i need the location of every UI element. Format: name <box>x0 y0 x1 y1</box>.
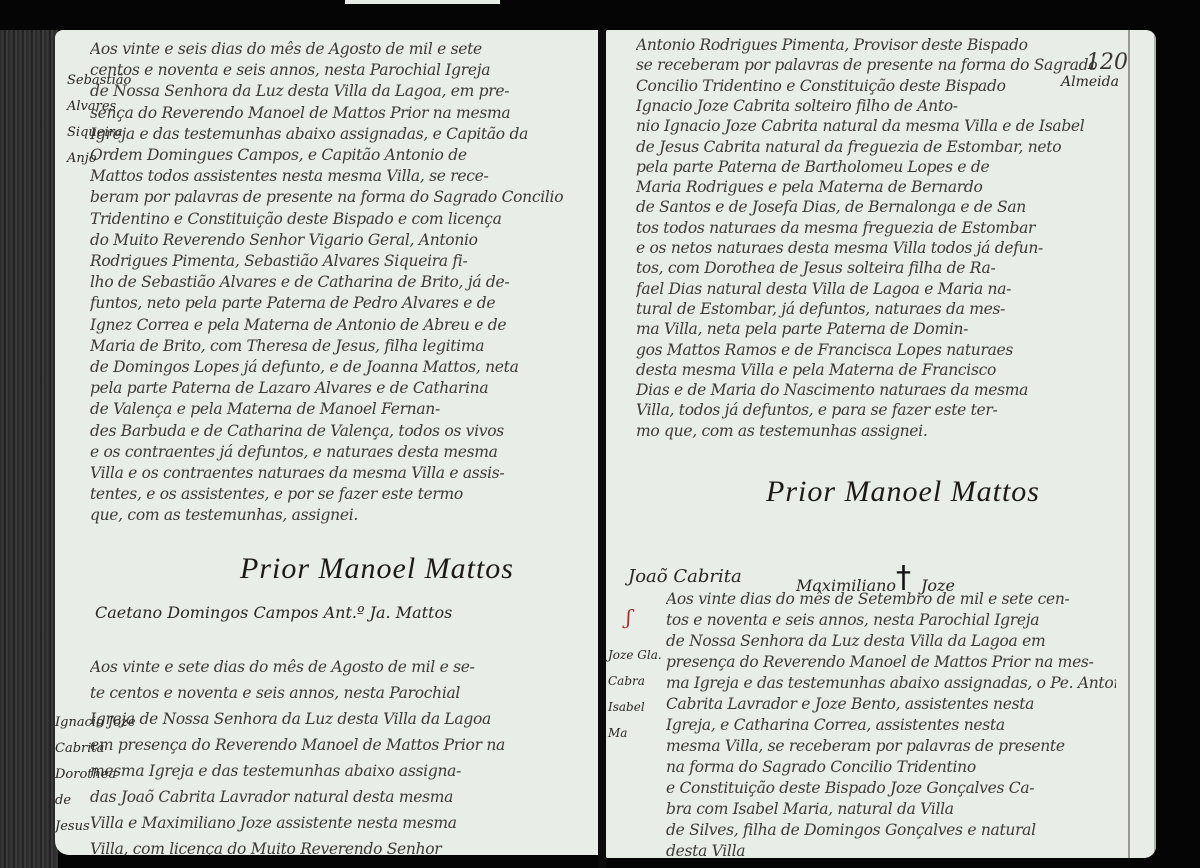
handwritten-line: Mattos todos assistentes nesta mesma Vil… <box>90 167 595 185</box>
handwritten-line: Villa e Maximiliano Joze assistente nest… <box>90 814 595 832</box>
handwritten-line: Maria de Brito, com Theresa de Jesus, fi… <box>90 337 595 355</box>
handwritten-line: sença do Reverendo Manoel de Mattos Prio… <box>90 104 595 122</box>
handwritten-line: lho de Sebastião Alvares e de Catharina … <box>90 273 595 291</box>
handwritten-line: de Santos e de Josefa Dias, de Bernalong… <box>636 198 1116 216</box>
handwritten-line: tos, com Dorothea de Jesus solteira filh… <box>636 259 1116 277</box>
handwritten-line: Ignacio Joze Cabrita solteiro filho de A… <box>636 97 1116 115</box>
handwritten-line: Villa, todos já defuntos, e para se faze… <box>636 401 1116 419</box>
handwritten-line: de Domingos Lopes já defunto, e de Joann… <box>90 358 595 376</box>
handwritten-line: beram por palavras de presente na forma … <box>90 188 595 206</box>
handwritten-line: Igreja, e Catharina Correa, assistentes … <box>666 716 1116 734</box>
handwritten-line: tural de Estombar, já defuntos, naturaes… <box>636 300 1116 318</box>
handwritten-line: e os netos naturaes desta mesma Villa to… <box>636 239 1116 257</box>
handwritten-line: tentes, e os assistentes, e por se fazer… <box>90 485 595 503</box>
witness-signatures: Caetano Domingos Campos Ant.º Ja. Mattos <box>95 603 452 622</box>
handwritten-line: tos e noventa e seis annos, nesta Paroch… <box>666 611 1116 629</box>
handwritten-line: do Muito Reverendo Senhor Vigario Geral,… <box>90 231 595 249</box>
handwritten-line: Villa, com licença do Muito Reverendo Se… <box>90 840 595 855</box>
handwritten-line: Cabrita Lavrador e Joze Bento, assistent… <box>666 695 1116 713</box>
red-margin-mark: ʃ <box>626 605 631 629</box>
scan-edge-strip <box>345 0 500 4</box>
handwritten-line: pela parte Paterna de Bartholomeu Lopes … <box>636 158 1116 176</box>
handwritten-line: bra com Isabel Maria, natural da Villa <box>666 800 1116 818</box>
handwritten-line: de Nossa Senhora da Luz desta Villa da L… <box>666 632 1116 650</box>
handwritten-line: centos e noventa e seis annos, nesta Par… <box>90 61 595 79</box>
handwritten-line: Dias e de Maria do Nascimento naturaes d… <box>636 381 1116 399</box>
handwritten-line: Aos vinte e sete dias do mês de Agosto d… <box>90 658 595 676</box>
handwritten-line: Concilio Tridentino e Constituição deste… <box>636 77 1116 95</box>
left-page: Sebastião Alvares Siqueira Anjo Aos vint… <box>55 30 600 855</box>
handwritten-line: gos Mattos Ramos e de Francisca Lopes na… <box>636 341 1116 359</box>
handwritten-line: de Nossa Senhora da Luz desta Villa da L… <box>90 82 595 100</box>
handwritten-line: te centos e noventa e seis annos, nesta … <box>90 684 595 702</box>
handwritten-line: Ignez Correa e pela Materna de Antonio d… <box>90 316 595 334</box>
handwritten-line: mesma Villa, se receberam por palavras d… <box>666 737 1116 755</box>
handwritten-line: e Constituição deste Bispado Joze Gonçal… <box>666 779 1116 797</box>
handwritten-line: mo que, com as testemunhas assignei. <box>636 422 1116 440</box>
witness-name: Joaõ Cabrita <box>628 566 742 587</box>
handwritten-line: desta Villa <box>666 842 1116 858</box>
prior-signature: Prior Manoel Mattos <box>240 552 514 586</box>
handwritten-line: se receberam por palavras de presente na… <box>636 56 1116 74</box>
handwritten-line: pela parte Paterna de Lazaro Alvares e d… <box>90 379 595 397</box>
handwritten-line: mesma Igreja e das testemunhas abaixo as… <box>90 762 595 780</box>
prior-signature-right: Prior Manoel Mattos <box>766 475 1040 509</box>
handwritten-line: que, com as testemunhas, assignei. <box>90 506 595 524</box>
right-page: 120 Almeida Antonio Rodrigues Pimenta, P… <box>606 30 1156 858</box>
handwritten-line: de Silves, filha de Domingos Gonçalves e… <box>666 821 1116 839</box>
handwritten-line: presença do Reverendo Manoel de Mattos P… <box>666 653 1116 671</box>
handwritten-line: Ordem Domingues Campos, e Capitão Antoni… <box>90 146 595 164</box>
handwritten-line: desta mesma Villa e pela Materna de Fran… <box>636 361 1116 379</box>
handwritten-line: ma Igreja e das testemunhas abaixo assig… <box>666 674 1116 692</box>
handwritten-line: Rodrigues Pimenta, Sebastião Alvares Siq… <box>90 252 595 270</box>
handwritten-line: Tridentino e Constituição deste Bispado … <box>90 210 595 228</box>
handwritten-line: ma Villa, neta pela parte Paterna de Dom… <box>636 320 1116 338</box>
handwritten-line: Antonio Rodrigues Pimenta, Provisor dest… <box>636 36 1116 54</box>
handwritten-line: em presença do Reverendo Manoel de Matto… <box>90 736 595 754</box>
handwritten-line: funtos, neto pela parte Paterna de Pedro… <box>90 294 595 312</box>
handwritten-line: nio Ignacio Joze Cabrita natural da mesm… <box>636 117 1116 135</box>
handwritten-line: na forma do Sagrado Concilio Tridentino <box>666 758 1116 776</box>
handwritten-line: de Valença e pela Materna de Manoel Fern… <box>90 400 595 418</box>
page-edge-lines <box>1128 30 1156 858</box>
handwritten-line: das Joaõ Cabrita Lavrador natural desta … <box>90 788 595 806</box>
handwritten-line: Igreja e das testemunhas abaixo assignad… <box>90 125 595 143</box>
handwritten-line: Villa e os contraentes naturaes da mesma… <box>90 464 595 482</box>
handwritten-line: fael Dias natural desta Villa de Lagoa e… <box>636 280 1116 298</box>
handwritten-line: des Barbuda e de Catharina de Valença, t… <box>90 422 595 440</box>
handwritten-line: Aos vinte dias do mês de Setembro de mil… <box>666 590 1116 608</box>
book-gutter <box>598 30 606 868</box>
margin-note-third-entry: Joze Gla. Cabra Isabel Ma <box>608 642 662 746</box>
handwritten-line: Maria Rodrigues e pela Materna de Bernar… <box>636 178 1116 196</box>
handwritten-line: Aos vinte e seis dias do mês de Agosto d… <box>90 40 595 58</box>
handwritten-line: de Jesus Cabrita natural da freguezia de… <box>636 138 1116 156</box>
book-fore-edge <box>0 30 58 868</box>
handwritten-line: e os contraentes já defuntos, e naturaes… <box>90 443 595 461</box>
handwritten-line: tos todos naturaes da mesma freguezia de… <box>636 219 1116 237</box>
handwritten-line: Igreja de Nossa Senhora da Luz desta Vil… <box>90 710 595 728</box>
